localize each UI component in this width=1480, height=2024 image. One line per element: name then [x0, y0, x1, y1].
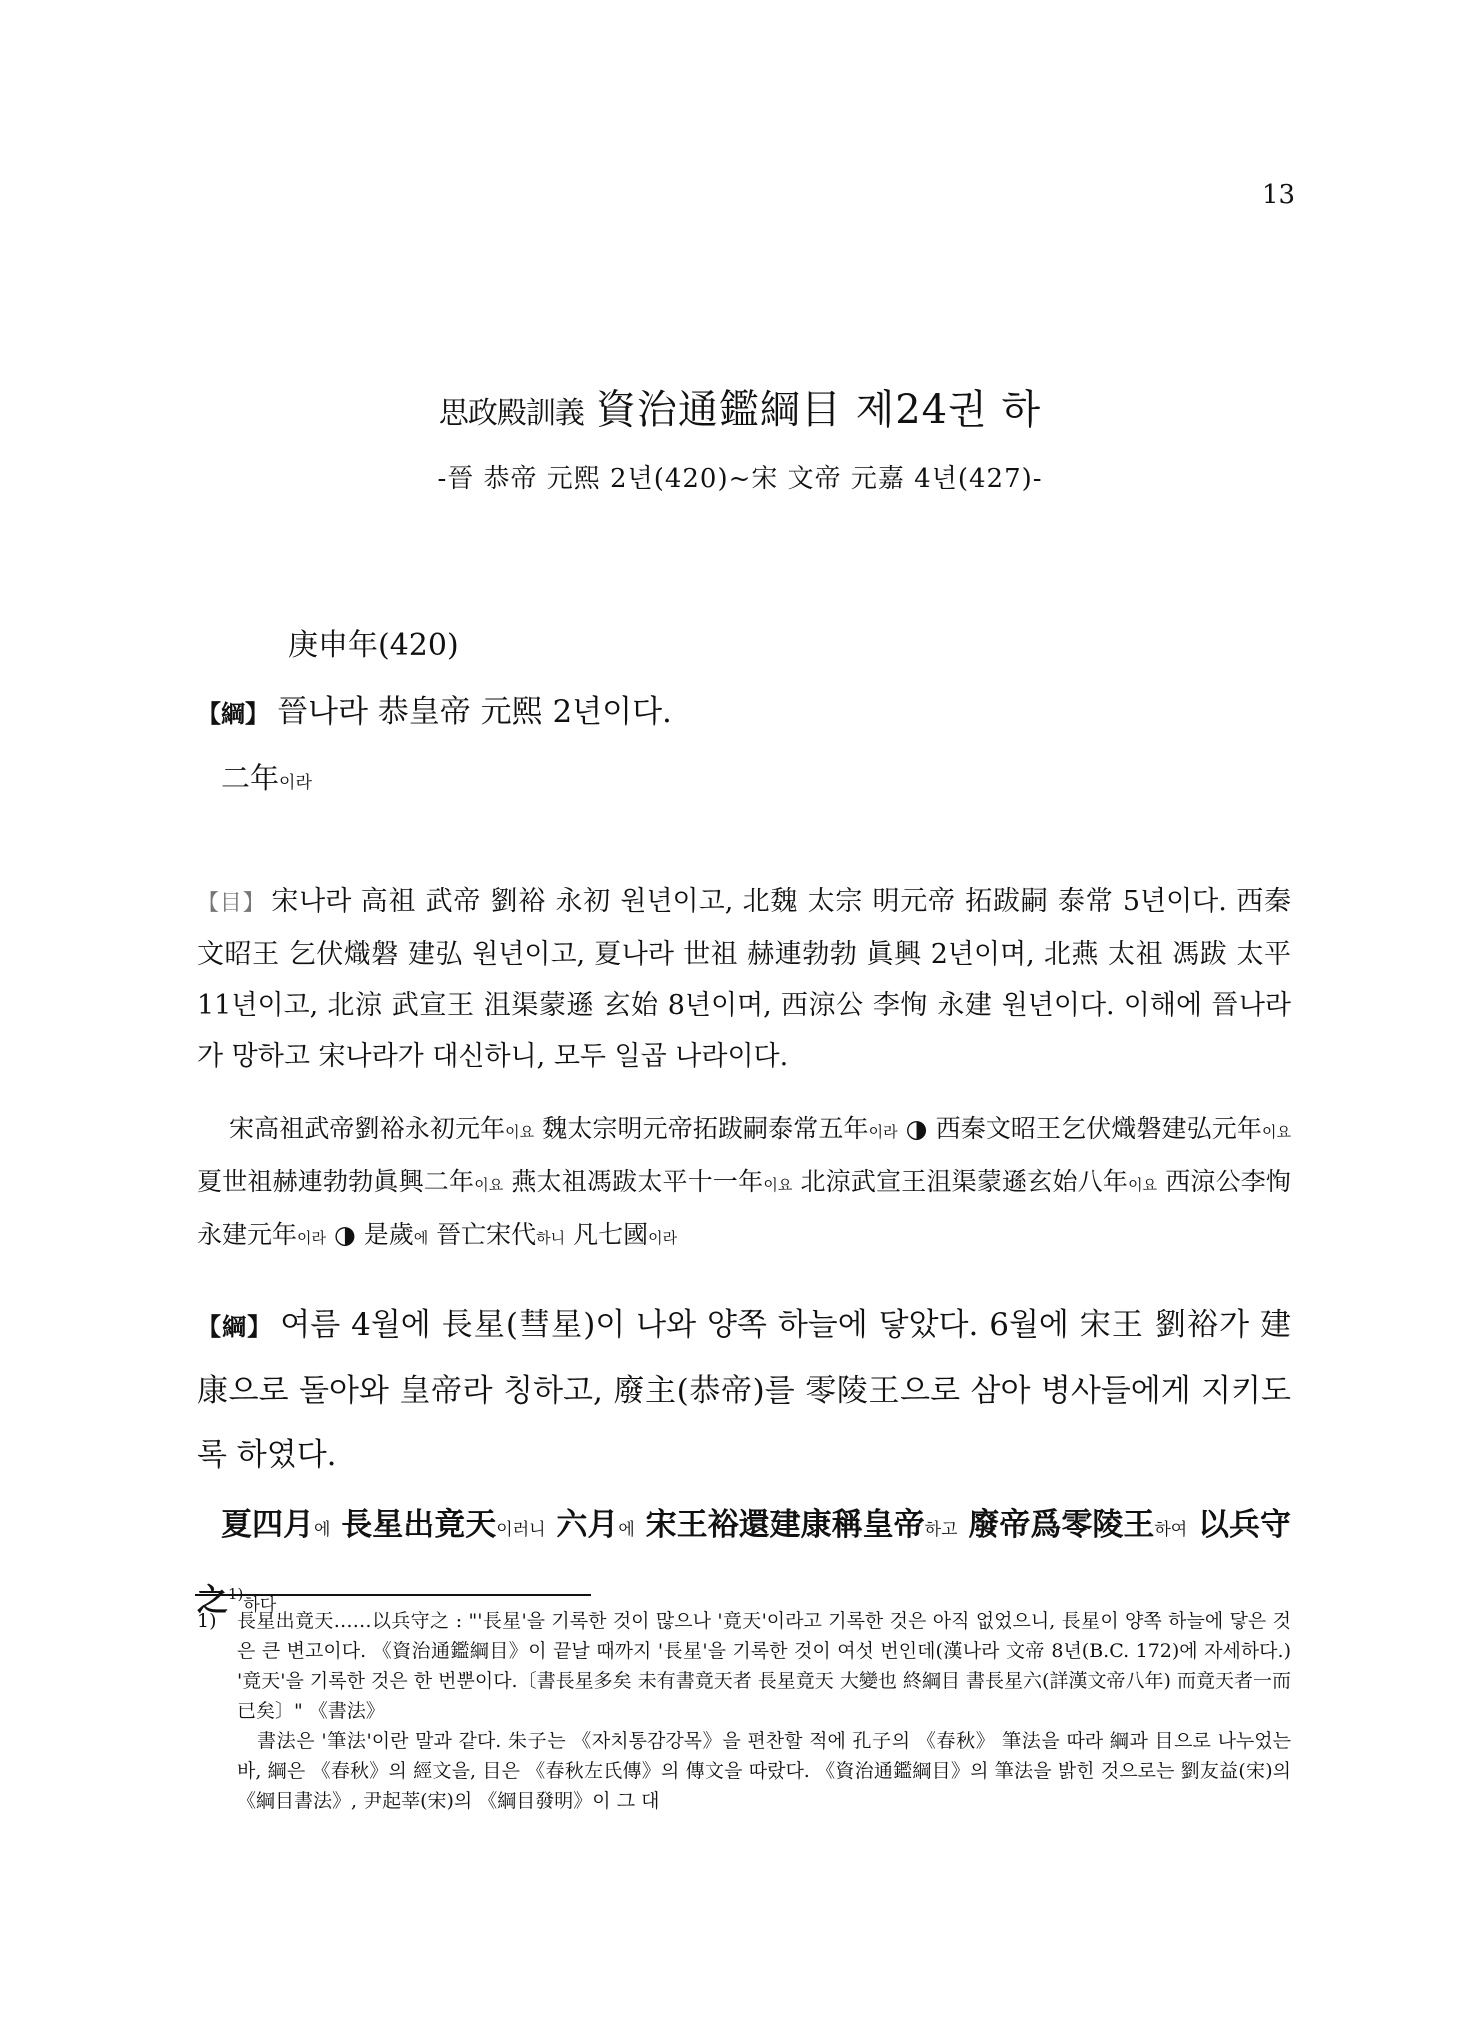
- mok-entry-1: 【目】宋나라 高祖 武帝 劉裕 永初 원년이고, 北魏 太宗 明元帝 拓跋嗣 泰…: [197, 876, 1291, 1263]
- classical-phrase: ◑ 西秦文昭王乞伏熾磐建弘元年: [898, 1114, 1262, 1143]
- gang-marker: 【綱】: [197, 699, 269, 728]
- page-number: 13: [1262, 180, 1295, 210]
- classical-phrase: 宋高祖武帝劉裕永初元年: [229, 1114, 505, 1143]
- particle: 이라: [869, 1123, 898, 1141]
- classical-phrase: ◑ 是歲: [326, 1220, 414, 1249]
- gang-entry-2: 【綱】여름 4월에 長星(彗星)이 나와 양쪽 하늘에 닿았다. 6월에 宋王 …: [197, 1293, 1291, 1637]
- particle: 하니: [536, 1229, 565, 1247]
- classical-phrase: 魏太宗明元帝拓跋嗣泰常五年: [534, 1114, 868, 1143]
- classical-phrase: 長星出竟天: [330, 1507, 496, 1543]
- gang-marker: 【綱】: [197, 1312, 272, 1341]
- footnote-divider: [195, 1594, 591, 1596]
- particle: 에: [414, 1229, 429, 1247]
- particle: 이라: [279, 773, 312, 793]
- classical-text: 二年이라: [197, 746, 1291, 815]
- footnotes: 1) 長星出竟天……以兵守之 : "'長星'을 기록한 것이 많으나 '竟天'이…: [197, 1606, 1291, 1816]
- footnote-text: 長星出竟天……以兵守之 : "'長星'을 기록한 것이 많으나 '竟天'이라고 …: [237, 1606, 1291, 1726]
- classical-phrase: 凡七國: [565, 1220, 648, 1249]
- particle: 이요: [1262, 1123, 1291, 1141]
- gang-entry-1: 【綱】晉나라 恭皇帝 元熙 2년이다. 二年이라: [197, 680, 1291, 815]
- gang-text: 여름 4월에 長星(彗星)이 나와 양쪽 하늘에 닿았다. 6월에 宋王 劉裕가…: [197, 1307, 1291, 1473]
- mok-translation: 【目】宋나라 高祖 武帝 劉裕 永初 원년이고, 北魏 太宗 明元帝 拓跋嗣 泰…: [197, 876, 1291, 1082]
- mok-text: 宋나라 高祖 武帝 劉裕 永初 원년이고, 北魏 太宗 明元帝 拓跋嗣 泰常 5…: [197, 886, 1291, 1072]
- particle: 에: [314, 1520, 330, 1540]
- classical-phrase: 燕太祖馮跋太平十一年: [503, 1167, 763, 1196]
- classical-phrase: 北涼武宣王沮渠蒙遜玄始八年: [792, 1167, 1128, 1196]
- classical-phrase: 夏四月: [221, 1507, 314, 1543]
- particle: 이요: [1128, 1176, 1157, 1194]
- series-name: 思政殿訓義: [439, 396, 584, 431]
- mok-marker: 【目】: [197, 891, 265, 916]
- classical-phrase: 廢帝爲零陵王: [958, 1507, 1155, 1543]
- year-heading: 庚申年(420): [288, 620, 459, 664]
- gang-translation: 【綱】여름 4월에 長星(彗星)이 나와 양쪽 하늘에 닿았다. 6월에 宋王 …: [197, 1293, 1291, 1487]
- particle: 하고: [925, 1520, 958, 1540]
- volume-title: 資治通鑑綱目 제24권 하: [596, 387, 1041, 433]
- particle: 이요: [763, 1176, 792, 1194]
- particle: 하여: [1154, 1520, 1187, 1540]
- classical-phrase: 夏世祖赫連勃勃眞興二年: [197, 1167, 474, 1196]
- period-subtitle: -晉 恭帝 元熙 2년(420)~宋 文帝 元嘉 4년(427)-: [0, 458, 1480, 495]
- classical-phrase: 晉亡宋代: [428, 1220, 536, 1249]
- particle: 이요: [474, 1176, 503, 1194]
- classical-phrase: 六月: [546, 1507, 619, 1543]
- classical-phrase: 宋王裕還建康稱皇帝: [635, 1507, 925, 1543]
- particle: 이라: [648, 1229, 677, 1247]
- classical-phrase: 二年: [221, 761, 279, 795]
- gang-translation: 【綱】晉나라 恭皇帝 元熙 2년이다.: [197, 680, 1291, 746]
- particle: 이요: [505, 1123, 534, 1141]
- gang-text: 晉나라 恭皇帝 元熙 2년이다.: [277, 694, 672, 730]
- footnote-1: 1) 長星出竟天……以兵守之 : "'長星'을 기록한 것이 많으나 '竟天'이…: [197, 1606, 1291, 1726]
- particle: 이러니: [496, 1520, 545, 1540]
- footnote-number: 1): [197, 1606, 237, 1726]
- particle: 이라: [297, 1229, 326, 1247]
- book-title: 思政殿訓義資治通鑑綱目 제24권 하: [0, 378, 1480, 435]
- footnote-continuation: 書法은 '筆法'이란 말과 같다. 朱子는 《자치통감강목》을 편찬할 적에 孔…: [197, 1726, 1291, 1816]
- classical-text: 宋高祖武帝劉裕永初元年이요 魏太宗明元帝拓跋嗣泰常五年이라 ◑ 西秦文昭王乞伏熾…: [197, 1104, 1291, 1263]
- particle: 에: [618, 1520, 634, 1540]
